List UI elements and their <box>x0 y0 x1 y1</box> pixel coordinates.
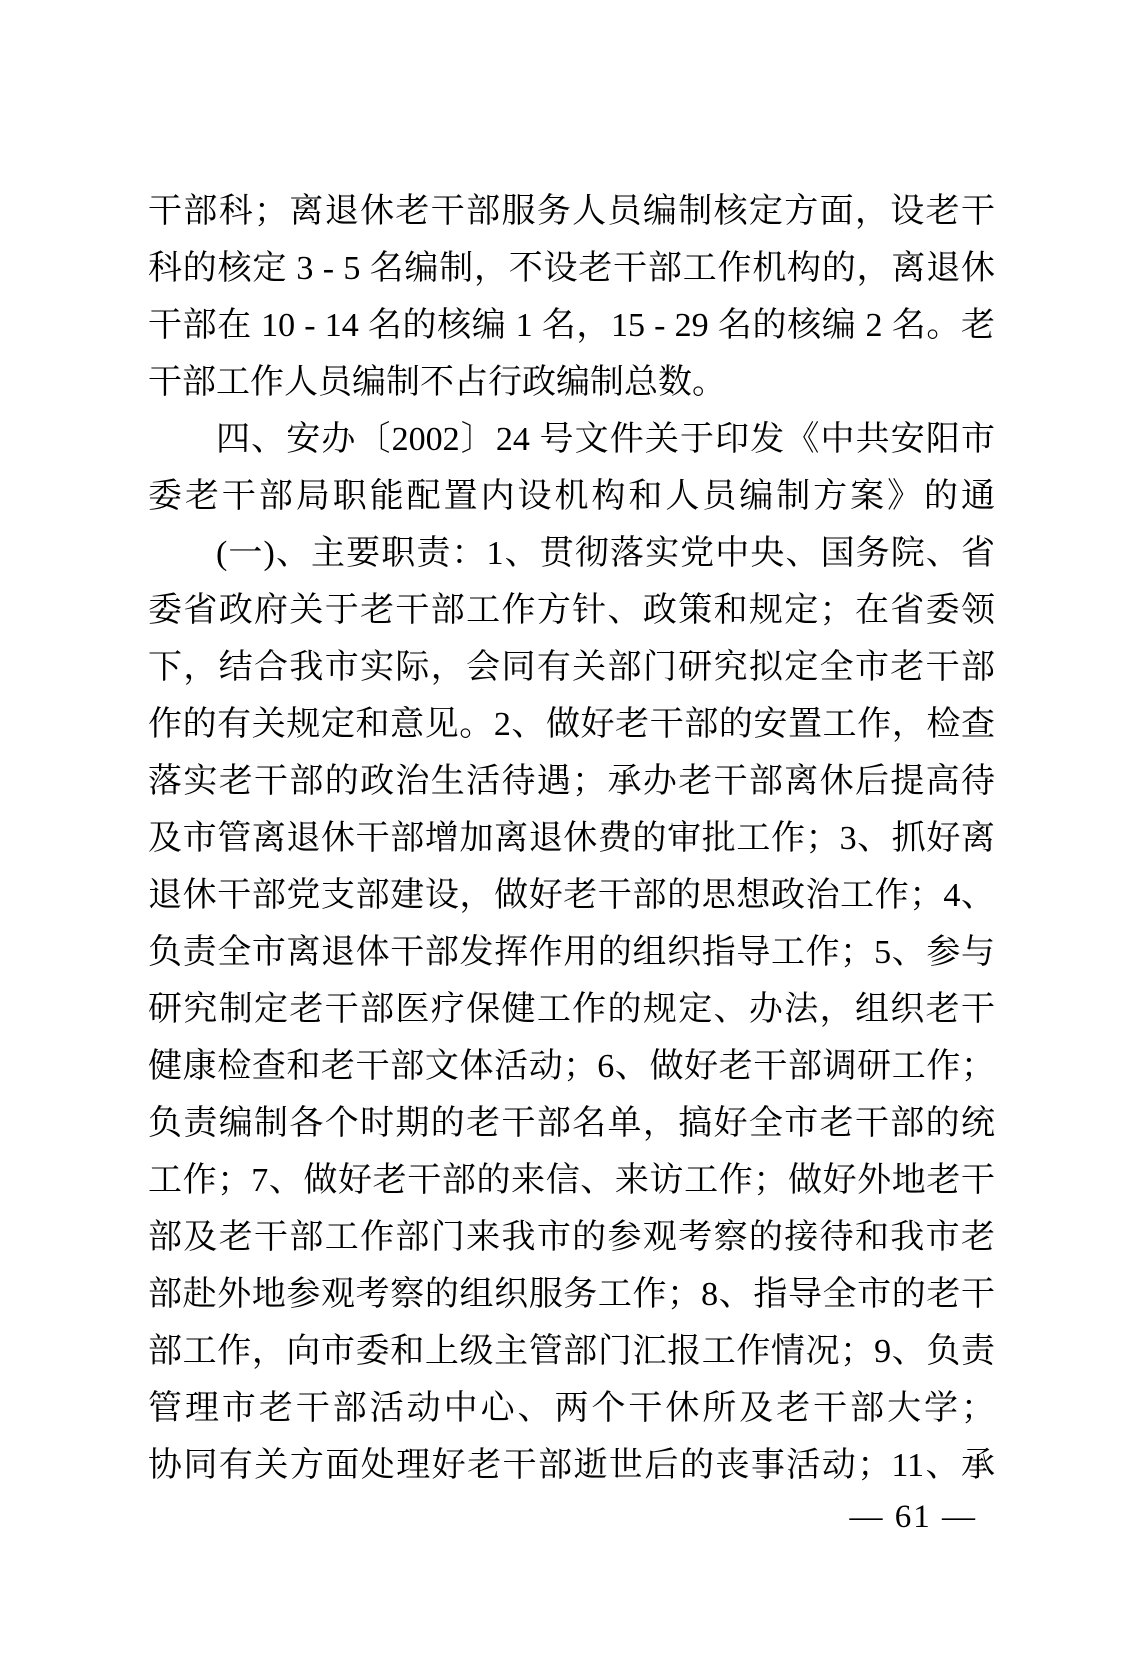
text-line: 下，结合我市实际，会同有关部门研究拟定全市老干部工 <box>148 639 995 696</box>
text-line: 部及老干部工作部门来我市的参观考察的接待和我市老干 <box>148 1209 995 1266</box>
text-line: 及市管离退休干部增加离退休费的审批工作；3、抓好离 <box>148 810 995 867</box>
text-line: (一)、主要职责：1、贯彻落实党中央、国务院、省 <box>148 525 995 582</box>
text-line: 退休干部党支部建设，做好老干部的思想政治工作；4、 <box>148 867 995 924</box>
page-footer: — 61 — <box>850 1497 978 1537</box>
document-page: 干部科；离退休老干部服务人员编制核定方面，设老干部科的核定 3 - 5 名编制，… <box>0 0 1142 1654</box>
text-line: 科的核定 3 - 5 名编制，不设老干部工作机构的，离退休老 <box>148 240 995 297</box>
page-number: — 61 — <box>850 1499 978 1535</box>
text-line: 落实老干部的政治生活待遇；承办老干部离休后提高待遇 <box>148 753 995 810</box>
text-line: 负责全市离退体干部发挥作用的组织指导工作；5、参与 <box>148 924 995 981</box>
text-line: 委老干部局职能配置内设机构和人员编制方案》的通知。 <box>148 468 995 525</box>
text-line: 部工作，向市委和上级主管部门汇报工作情况；9、负责 <box>148 1323 995 1380</box>
text-line: 干部科；离退休老干部服务人员编制核定方面，设老干部 <box>148 183 995 240</box>
body-text: 干部科；离退休老干部服务人员编制核定方面，设老干部科的核定 3 - 5 名编制，… <box>148 183 995 1494</box>
text-line: 管理市老干部活动中心、两个干休所及老干部大学；10、 <box>148 1380 995 1437</box>
text-line: 干部在 10 - 14 名的核编 1 名，15 - 29 名的核编 2 名。老 <box>148 297 995 354</box>
text-line: 研究制定老干部医疗保健工作的规定、办法，组织老干部 <box>148 981 995 1038</box>
text-line: 委省政府关于老干部工作方针、政策和规定；在省委领导 <box>148 582 995 639</box>
text-line: 作的有关规定和意见。2、做好老干部的安置工作，检查 <box>148 696 995 753</box>
text-line: 部赴外地参观考察的组织服务工作；8、指导全市的老干 <box>148 1266 995 1323</box>
text-line: 工作；7、做好老干部的来信、来访工作；做好外地老干 <box>148 1152 995 1209</box>
text-line: 健康检查和老干部文体活动；6、做好老干部调研工作； <box>148 1038 995 1095</box>
text-line: 干部工作人员编制不占行政编制总数。 <box>148 354 995 411</box>
text-line: 负责编制各个时期的老干部名单，搞好全市老干部的统计 <box>148 1095 995 1152</box>
text-line: 四、安办〔2002〕24 号文件关于印发《中共安阳市 <box>148 411 995 468</box>
text-line: 协同有关方面处理好老干部逝世后的丧事活动；11、承办 <box>148 1437 995 1494</box>
